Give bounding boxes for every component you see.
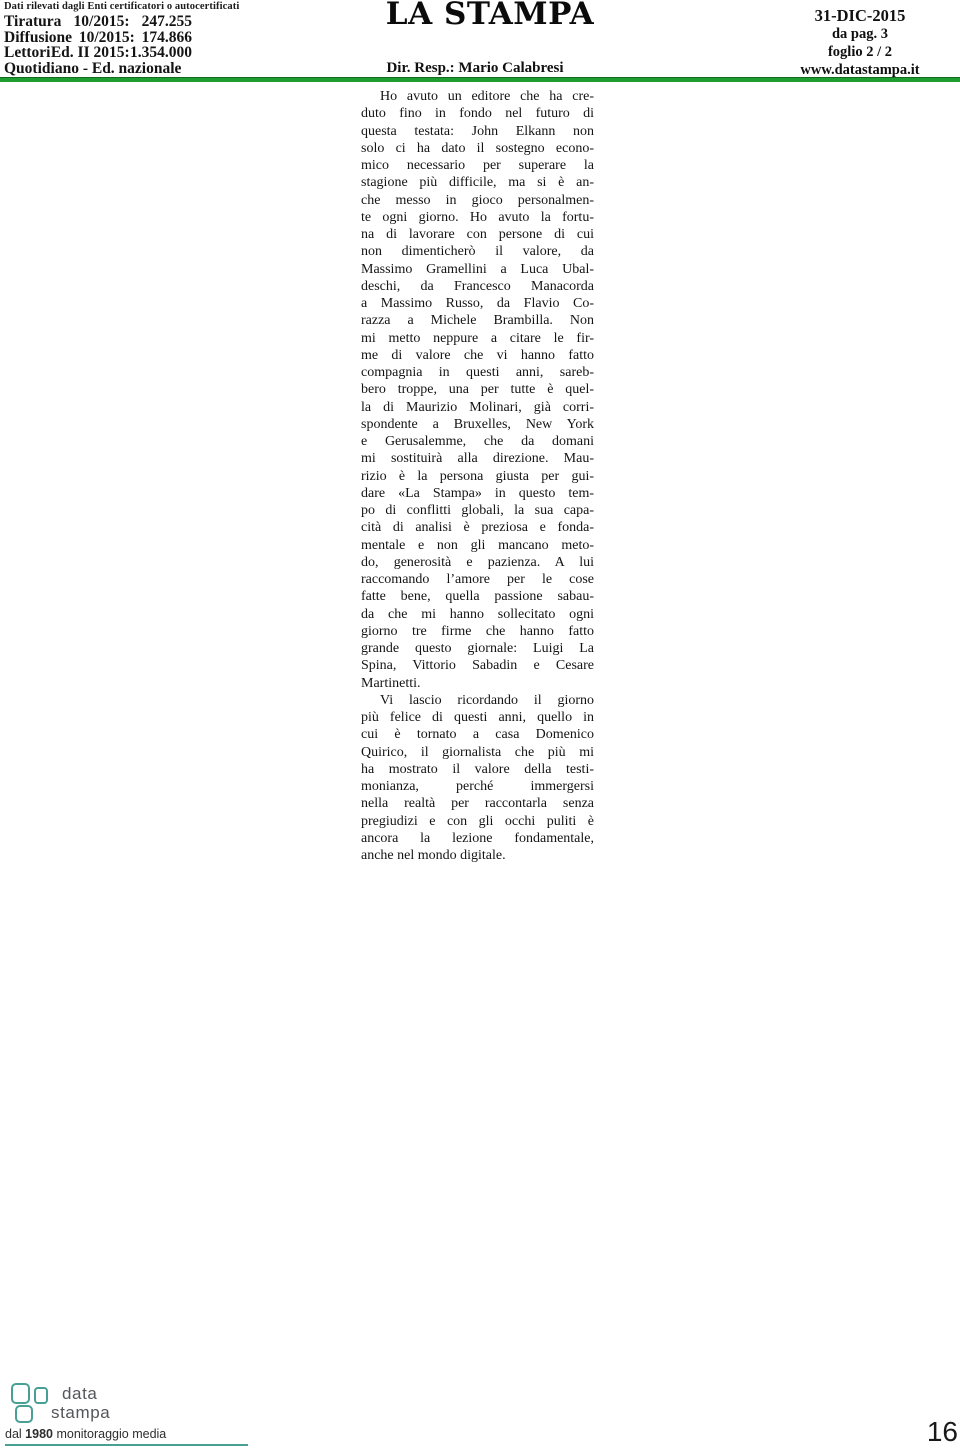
article-body: Ho avuto un editore che ha cre-duto fino… (361, 88, 594, 864)
edition-line: Quotidiano - Ed. nazionale (4, 61, 192, 77)
article-line: duto fino in fondo nel futuro di (361, 105, 594, 122)
stat-value: 1.354.000 (130, 45, 192, 61)
article-line: fatte bene, quella passione sabau- (361, 588, 594, 605)
article-line: giorno tre firme che hanno fatto (361, 623, 594, 640)
article-line: bero troppe, una per tutte è quel- (361, 381, 594, 398)
footer-rule (5, 1444, 248, 1446)
article-line: a Massimo Russo, da Flavio Co- (361, 295, 594, 312)
stat-label: Tiratura (4, 14, 61, 30)
logo-text-stampa: stampa (51, 1403, 110, 1423)
article-line: solo ci ha dato il sostegno econo- (361, 140, 594, 157)
article-line: la di Maurizio Molinari, già corri- (361, 399, 594, 416)
article-line: te ogni giorno. Ho avuto la fortu- (361, 209, 594, 226)
stat-value: 247.255 (142, 14, 192, 30)
article-line: raccomando l’amore per le cose (361, 571, 594, 588)
stat-label: Diffusione (4, 30, 72, 46)
article-line: mico necessario per superare la (361, 157, 594, 174)
logo-text-data: data (62, 1384, 98, 1404)
footer-tagline: dal 1980 monitoraggio media (5, 1427, 166, 1441)
director-line: Dir. Resp.: Mario Calabresi (386, 60, 563, 77)
article-line: po di conflitti globali, la sua capa- (361, 502, 594, 519)
stat-period: Ed. II 2015: (51, 45, 130, 61)
article-line: deschi, da Francesco Manacorda (361, 278, 594, 295)
clip-sheet: foglio 2 / 2 (795, 43, 925, 61)
article-line: Vi lascio ricordando il giorno (361, 692, 594, 709)
article-line: nella realtà per raccontarla senza (361, 795, 594, 812)
article-line: rizio è la persona giusta per gui- (361, 468, 594, 485)
tagline-rest: monitoraggio media (56, 1427, 166, 1441)
logo-square-icon (34, 1387, 48, 1404)
stat-value: 174.866 (142, 30, 192, 46)
article-line: razza a Michele Brambilla. Non (361, 312, 594, 329)
article-line: Quirico, il giornalista che più mi (361, 744, 594, 761)
stat-row: Tiratura10/2015:247.255 (4, 14, 192, 30)
circulation-stats: Tiratura10/2015:247.255Diffusione10/2015… (4, 14, 192, 61)
article-line: compagnia in questi anni, sareb- (361, 364, 594, 381)
article-line: Massimo Gramellini a Luca Ubal- (361, 261, 594, 278)
article-line: Ho avuto un editore che ha cre- (361, 88, 594, 105)
tagline-dal: dal (5, 1427, 22, 1441)
article-line: Spina, Vittorio Sabadin e Cesare (361, 657, 594, 674)
article-line: spondente a Bruxelles, New York (361, 416, 594, 433)
article-line: cità di analisi è preziosa e fonda- (361, 519, 594, 536)
stat-row: Diffusione10/2015:174.866 (4, 30, 192, 46)
tagline-year: 1980 (25, 1427, 53, 1441)
article-line: ha mostrato il valore della testi- (361, 761, 594, 778)
article-line: grande questo giornale: Luigi La (361, 640, 594, 657)
article-line: mi metto neppure a citare le fir- (361, 330, 594, 347)
article-line: stagione più difficile, ma si è an- (361, 174, 594, 191)
certification-note: Dati rilevati dagli Enti certificatori o… (4, 1, 192, 12)
article-line: pregiudizi e con gli occhi puliti è (361, 813, 594, 830)
article-line: anche nel mondo digitale. (361, 847, 594, 864)
article-line: mentale e non gli mancano meto- (361, 537, 594, 554)
article-line: dare «La Stampa» in questo tem- (361, 485, 594, 502)
logo-square-icon (11, 1383, 30, 1404)
press-clipping-page: Dati rilevati dagli Enti certificatori o… (0, 0, 960, 1450)
page-number: 16 (927, 1416, 958, 1448)
article-line: na di lavorare con persone di cui (361, 226, 594, 243)
header-rule (0, 77, 960, 82)
article-line: ancora la lezione fondamentale, (361, 830, 594, 847)
article-line: da che mi hanno sollecitato ogni (361, 606, 594, 623)
circulation-block: Dati rilevati dagli Enti certificatori o… (4, 1, 192, 77)
article-line: che messo in gioco personalmen- (361, 192, 594, 209)
article-line: non dimenticherò il valore, da (361, 243, 594, 260)
clip-date: 31-DIC-2015 (795, 6, 925, 25)
clip-page-ref: da pag. 3 (795, 25, 925, 43)
article-line: me di valore che vi hanno fatto (361, 347, 594, 364)
stat-row: LettoriEd. II 2015:1.354.000 (4, 45, 192, 61)
stat-period: 10/2015: (74, 14, 130, 30)
newspaper-masthead: LA STAMPA (386, 0, 594, 28)
article-line: monianza, perché immergersi (361, 778, 594, 795)
stat-label: Lettori (4, 45, 50, 61)
clip-info: 31-DIC-2015 da pag. 3 foglio 2 / 2 www.d… (795, 6, 925, 79)
article-line: mi sostituirà alla direzione. Mau- (361, 450, 594, 467)
article-line: questa testata: John Elkann non (361, 123, 594, 140)
stat-period: 10/2015: (79, 30, 135, 46)
article-line: e Gerusalemme, che da domani (361, 433, 594, 450)
article-line: Martinetti. (361, 675, 594, 692)
article-line: cui è tornato a casa Domenico (361, 726, 594, 743)
article-line: più felice di questi anni, quello in (361, 709, 594, 726)
logo-square-icon (15, 1405, 33, 1423)
article-line: do, generosità e pazienza. A lui (361, 554, 594, 571)
